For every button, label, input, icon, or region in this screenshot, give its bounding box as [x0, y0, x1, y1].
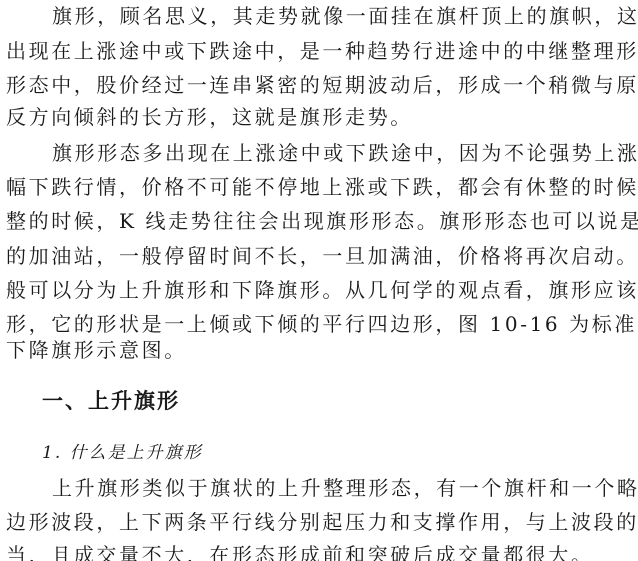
text-line: 形，它的形状是一上倾或下倾的平行四边形，图 10-16 为标准的上升旗形和: [6, 312, 636, 336]
text-line: 形态中，股价经过一连串紧密的短期波动后，形成一个稍微与原来趋势呈相: [6, 73, 636, 97]
text-line: 出现在上涨途中或下跌途中，是一种趋势行进途中的中继整理形态。在旗形: [6, 39, 636, 63]
text-line: 反方向倾斜的长方形，这就是旗形走势。: [6, 105, 636, 129]
text-line: 当，且成交量不大，在形态形成前和突破后成交量都很大。: [6, 543, 636, 561]
text-line: 的加油站，一般停留时间不长，一旦加满油，价格将再次启动。旗形走势一: [6, 244, 636, 268]
text-line: 幅下跌行情，价格不可能不停地上涨或下跌，都会有休整的时候。在行情休: [6, 175, 636, 199]
text-line: 整的时候，K 线走势往往会出现旗形形态。旗形形态也可以说是多方或空方: [6, 209, 636, 233]
text-line: 边形波段，上下两条平行线分别起压力和支撑作用，与上波段的振幅大致相: [6, 510, 636, 534]
text-line: 下降旗形示意图。: [6, 338, 636, 362]
subsection-heading: 1. 什么是上升旗形: [42, 442, 203, 464]
text-line: 旗形，顾名思义，其走势就像一面挂在旗杆顶上的旗帜，这种形态一般: [52, 4, 638, 28]
section-heading: 一、上升旗形: [42, 388, 180, 414]
text-line: 上升旗形类似于旗状的上升整理形态，有一个旗杆和一个略向下倾斜四: [52, 476, 638, 500]
text-line: 般可以分为上升旗形和下降旗形。从几何学的观点看，旗形应该叫平行四边: [6, 278, 636, 302]
text-line: 旗形形态多出现在上涨途中或下跌途中，因为不论强势上涨行情还是大: [52, 141, 638, 165]
